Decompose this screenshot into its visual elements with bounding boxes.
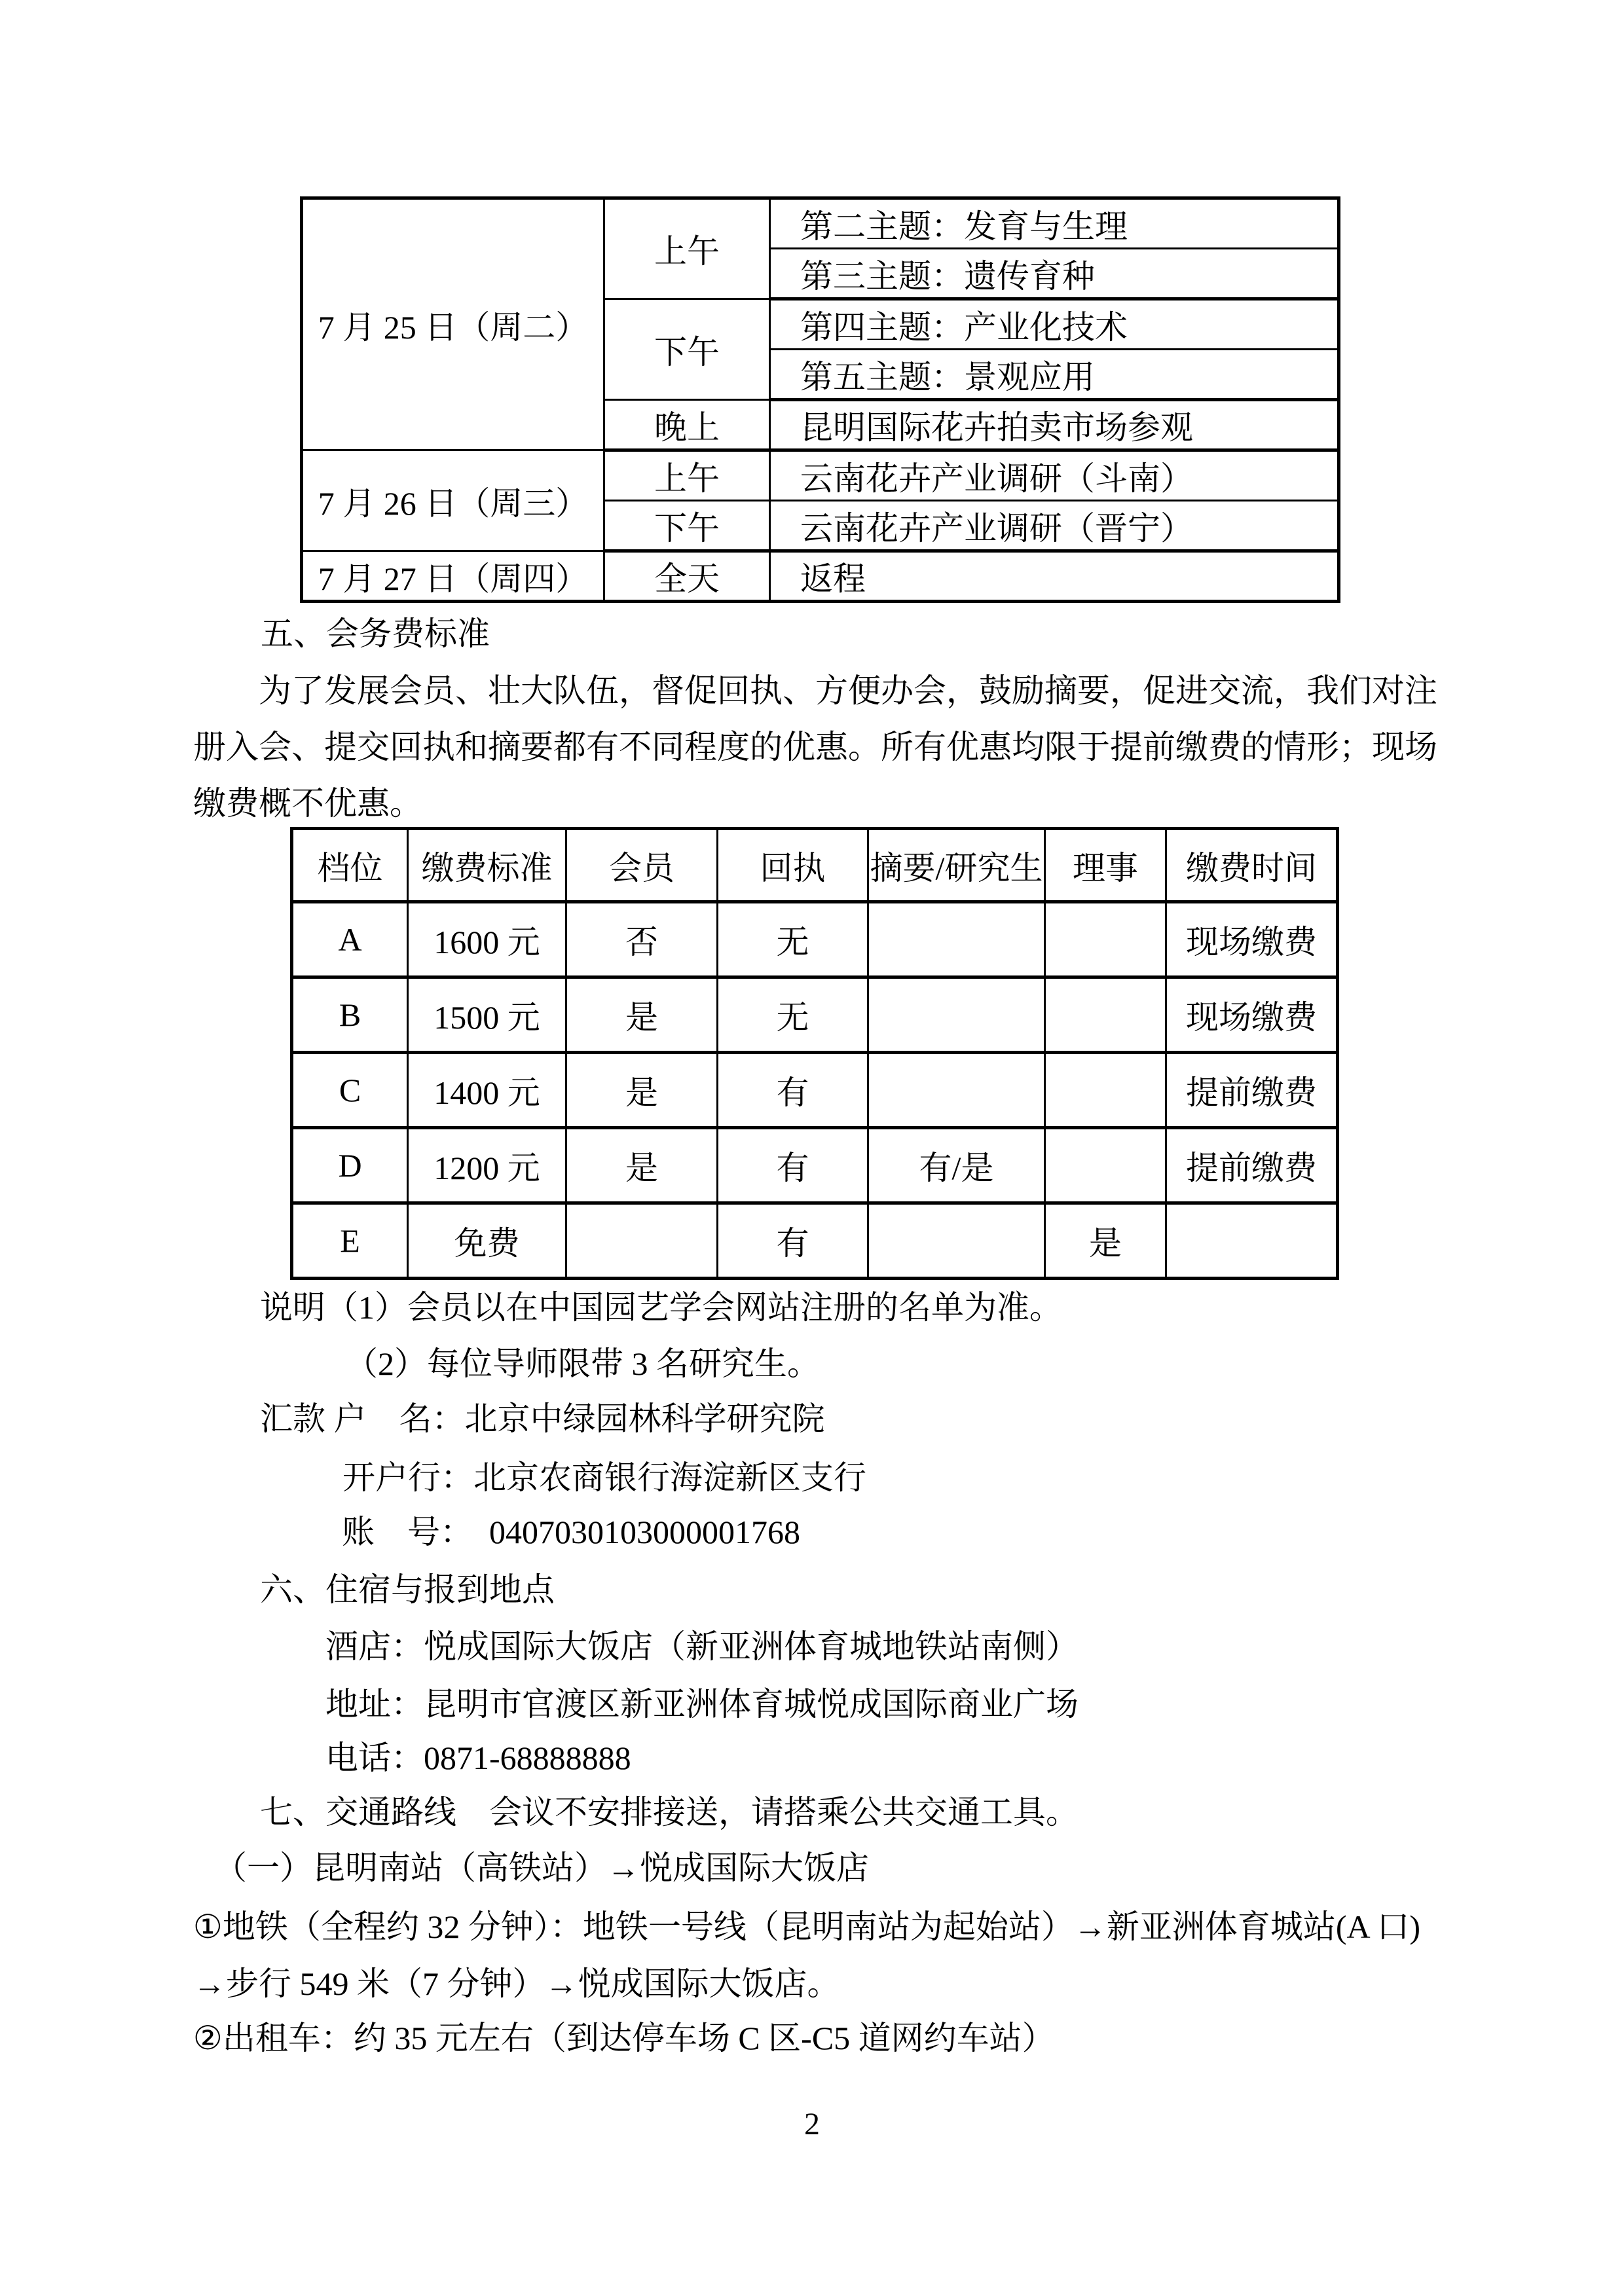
fee-table-header-row: 档位 缴费标准 会员 回执 摘要/研究生 理事 缴费时间 bbox=[292, 829, 1338, 902]
schedule-topic-cell: 第二主题：发育与生理 bbox=[770, 198, 1339, 249]
fee-cell: 否 bbox=[566, 902, 718, 977]
fee-paragraph: 为了发展会员、壮大队伍，督促回执、方便办会，鼓励摘要，促进交流，我们对注 册入会… bbox=[193, 663, 1437, 831]
address-line: 地址：昆明市官渡区新亚洲体育城悦成国际商业广场 bbox=[325, 1676, 1079, 1732]
fee-cell: 现场缴费 bbox=[1166, 902, 1338, 977]
schedule-topic-cell: 第五主题：景观应用 bbox=[770, 350, 1339, 400]
fee-table-row: E 免费 有 是 bbox=[292, 1203, 1338, 1279]
fee-cell bbox=[1166, 1203, 1338, 1279]
schedule-time-cell: 全天 bbox=[604, 551, 770, 602]
schedule-date-cell: 7 月 25 日（周二） bbox=[302, 198, 604, 450]
fee-cell: 有/是 bbox=[868, 1128, 1045, 1203]
schedule-date-cell: 7 月 27 日（周四） bbox=[302, 551, 604, 602]
schedule-time-cell: 上午 bbox=[604, 198, 770, 299]
fee-cell: 提前缴费 bbox=[1166, 1128, 1338, 1203]
schedule-row: 7 月 27 日（周四） 全天 返程 bbox=[302, 551, 1339, 602]
fee-cell: 现场缴费 bbox=[1166, 977, 1338, 1053]
fee-cell: E bbox=[292, 1203, 408, 1279]
schedule-topic-cell: 第四主题：产业化技术 bbox=[770, 299, 1339, 350]
fee-paragraph-line: 缴费概不优惠。 bbox=[193, 775, 1437, 831]
route1-title: （一）昆明南站（高铁站）→悦成国际大饭店 bbox=[214, 1840, 869, 1896]
fee-header-cell: 档位 bbox=[292, 829, 408, 902]
schedule-time-cell: 下午 bbox=[604, 299, 770, 400]
fee-cell bbox=[1045, 902, 1166, 977]
fee-cell: 无 bbox=[718, 977, 868, 1053]
fee-cell: 有 bbox=[718, 1053, 868, 1128]
schedule-row: 7 月 25 日（周二） 上午 第二主题：发育与生理 bbox=[302, 198, 1339, 249]
fee-cell: 是 bbox=[566, 1053, 718, 1128]
fee-cell bbox=[1045, 1053, 1166, 1128]
schedule-time-cell: 上午 bbox=[604, 450, 770, 501]
fee-table: 档位 缴费标准 会员 回执 摘要/研究生 理事 缴费时间 A 1600 元 否 … bbox=[290, 827, 1339, 1280]
document-page: 7 月 25 日（周二） 上午 第二主题：发育与生理 第三主题：遗传育种 下午 … bbox=[0, 0, 1624, 2296]
fee-cell: 是 bbox=[566, 977, 718, 1053]
fee-cell: C bbox=[292, 1053, 408, 1128]
schedule-topic-cell: 昆明国际花卉拍卖市场参观 bbox=[770, 400, 1339, 450]
schedule-date-cell: 7 月 26 日（周三） bbox=[302, 450, 604, 551]
fee-cell: B bbox=[292, 977, 408, 1053]
fee-cell: 是 bbox=[1045, 1203, 1166, 1279]
remit-account-name: 汇款 户 名：北京中绿园林科学研究院 bbox=[260, 1391, 825, 1447]
route-metro-line: ①地铁（全程约 32 分钟）：地铁一号线（昆明南站为起始站）→新亚洲体育城站(A… bbox=[193, 1899, 1420, 1955]
remit-account-number: 账 号： 0407030103000001768 bbox=[342, 1504, 800, 1560]
fee-header-cell: 回执 bbox=[718, 829, 868, 902]
schedule-topic-cell: 返程 bbox=[770, 551, 1339, 602]
fee-header-cell: 会员 bbox=[566, 829, 718, 902]
schedule-time-cell: 下午 bbox=[604, 501, 770, 551]
schedule-time-cell: 晚上 bbox=[604, 400, 770, 450]
section7-heading: 七、交通路线 会议不安排接送，请搭乘公共交通工具。 bbox=[260, 1784, 1079, 1840]
schedule-row: 7 月 26 日（周三） 上午 云南花卉产业调研（斗南） bbox=[302, 450, 1339, 501]
fee-cell: A bbox=[292, 902, 408, 977]
route-taxi-line: ②出租车：约 35 元左右（到达停车场 C 区-C5 道网约车站） bbox=[193, 2010, 1055, 2066]
phone-line: 电话：0871-68888888 bbox=[325, 1730, 631, 1786]
fee-cell bbox=[868, 1203, 1045, 1279]
fee-table-row: A 1600 元 否 无 现场缴费 bbox=[292, 902, 1338, 977]
section6-heading: 六、住宿与报到地点 bbox=[260, 1561, 555, 1618]
fee-cell bbox=[1045, 1128, 1166, 1203]
schedule-topic-cell: 第三主题：遗传育种 bbox=[770, 249, 1339, 299]
fee-paragraph-line: 为了发展会员、壮大队伍，督促回执、方便办会，鼓励摘要，促进交流，我们对注 bbox=[193, 663, 1437, 719]
schedule-topic-cell: 云南花卉产业调研（斗南） bbox=[770, 450, 1339, 501]
fee-cell: 1500 元 bbox=[408, 977, 566, 1053]
fee-cell: 无 bbox=[718, 902, 868, 977]
fee-cell: 提前缴费 bbox=[1166, 1053, 1338, 1128]
page-number: 2 bbox=[0, 2096, 1624, 2153]
fee-cell: D bbox=[292, 1128, 408, 1203]
fee-cell: 有 bbox=[718, 1203, 868, 1279]
schedule-table: 7 月 25 日（周二） 上午 第二主题：发育与生理 第三主题：遗传育种 下午 … bbox=[300, 196, 1340, 603]
fee-cell: 1200 元 bbox=[408, 1128, 566, 1203]
note-membership: 说明（1）会员以在中国园艺学会网站注册的名单为准。 bbox=[260, 1279, 1062, 1336]
fee-cell: 有 bbox=[718, 1128, 868, 1203]
fee-header-cell: 摘要/研究生 bbox=[868, 829, 1045, 902]
fee-header-cell: 缴费标准 bbox=[408, 829, 566, 902]
fee-cell bbox=[1045, 977, 1166, 1053]
note-students: （2）每位导师限带 3 名研究生。 bbox=[345, 1336, 820, 1392]
fee-header-cell: 缴费时间 bbox=[1166, 829, 1338, 902]
fee-table-row: C 1400 元 是 有 提前缴费 bbox=[292, 1053, 1338, 1128]
hotel-line: 酒店：悦成国际大饭店（新亚洲体育城地铁站南侧） bbox=[325, 1618, 1079, 1675]
route-walk-line: →步行 549 米（7 分钟）→悦成国际大饭店。 bbox=[193, 1956, 840, 2012]
fee-cell: 1600 元 bbox=[408, 902, 566, 977]
fee-cell bbox=[868, 902, 1045, 977]
fee-cell: 是 bbox=[566, 1128, 718, 1203]
fee-cell bbox=[868, 1053, 1045, 1128]
fee-cell bbox=[566, 1203, 718, 1279]
schedule-topic-cell: 云南花卉产业调研（晋宁） bbox=[770, 501, 1339, 551]
fee-cell: 免费 bbox=[408, 1203, 566, 1279]
section5-heading: 五、会务费标准 bbox=[261, 606, 490, 662]
fee-table-row: B 1500 元 是 无 现场缴费 bbox=[292, 977, 1338, 1053]
fee-header-cell: 理事 bbox=[1045, 829, 1166, 902]
fee-cell bbox=[868, 977, 1045, 1053]
fee-cell: 1400 元 bbox=[408, 1053, 566, 1128]
fee-paragraph-line: 册入会、提交回执和摘要都有不同程度的优惠。所有优惠均限于提前缴费的情形；现场 bbox=[193, 719, 1437, 775]
fee-table-row: D 1200 元 是 有 有/是 提前缴费 bbox=[292, 1128, 1338, 1203]
remit-bank: 开户行：北京农商银行海淀新区支行 bbox=[342, 1449, 866, 1506]
